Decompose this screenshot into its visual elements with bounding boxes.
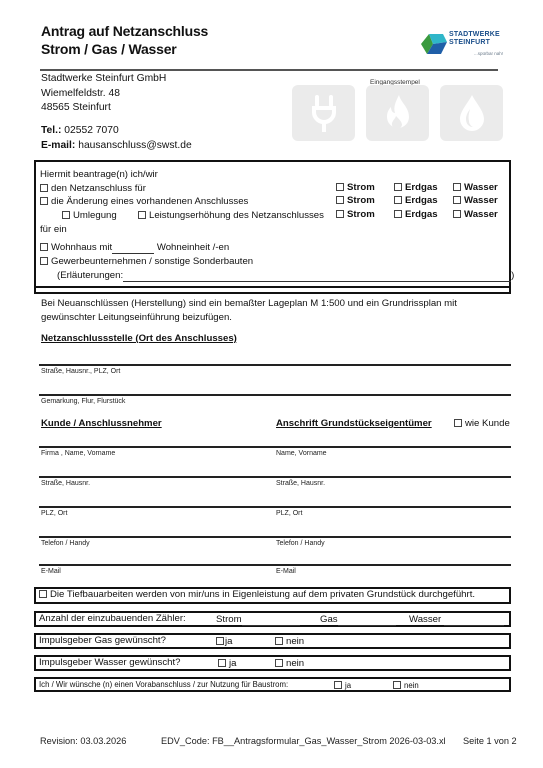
construction-power-row: Ich / Wir wünsche (n) einen Vorabanschlu… xyxy=(34,677,511,692)
checkbox[interactable] xyxy=(393,681,401,689)
construction-power-no[interactable]: nein xyxy=(393,680,419,692)
connection-point-heading: Netzanschlussstelle (Ort des Anschlusses… xyxy=(41,333,237,344)
for-label: für ein xyxy=(40,223,67,236)
parcel-input[interactable] xyxy=(39,394,511,396)
impuls-water-yes[interactable]: ja xyxy=(218,658,236,670)
impuls-water-no[interactable]: nein xyxy=(275,658,304,670)
footer-edv-code: EDV_Code: FB__Antragsformular_Gas_Wasser… xyxy=(161,736,446,746)
company-contact: Tel.: 02552 7070 E-mail: hausanschluss@s… xyxy=(41,123,192,153)
customer-heading: Kunde / Anschlussnehmer xyxy=(41,418,162,429)
meters-label: Anzahl der einzubauenden Zähler: xyxy=(39,613,186,624)
utility-option-strom[interactable]: Strom xyxy=(336,195,375,206)
checkbox[interactable] xyxy=(394,210,402,218)
owner-field-input[interactable] xyxy=(274,564,511,566)
tel-value: 02552 7070 xyxy=(64,125,118,136)
title-line-2: Strom / Gas / Wasser xyxy=(41,40,208,58)
option-capacity-increase[interactable]: Leistungserhöhung des Netzanschlusses xyxy=(138,209,324,222)
construction-power-yes[interactable]: ja xyxy=(334,680,351,692)
footer-page-number: Seite 1 von 2 xyxy=(463,736,517,746)
company-city: 48565 Steinfurt xyxy=(41,101,166,116)
checkbox[interactable] xyxy=(336,196,344,204)
water-drop-icon xyxy=(440,85,503,141)
utility-option-erdgas[interactable]: Erdgas xyxy=(394,182,438,193)
checkbox[interactable] xyxy=(453,210,461,218)
impuls-gas-yes[interactable]: ja xyxy=(216,636,232,648)
checkbox[interactable] xyxy=(138,211,146,219)
logo-cube-icon xyxy=(419,30,449,58)
meters-row: Anzahl der einzubauenden Zähler: Strom G… xyxy=(34,611,511,627)
checkbox[interactable] xyxy=(275,659,283,667)
checkbox[interactable] xyxy=(40,243,48,251)
company-address: Stadtwerke Steinfurt GmbH Wiemelfeldstr.… xyxy=(41,72,166,116)
utility-option-wasser[interactable]: Wasser xyxy=(453,209,498,220)
utility-option-erdgas[interactable]: Erdgas xyxy=(394,209,438,220)
checkbox[interactable] xyxy=(454,419,462,427)
checkbox[interactable] xyxy=(394,196,402,204)
utility-option-wasser[interactable]: Wasser xyxy=(453,195,498,206)
checkbox[interactable] xyxy=(275,637,283,645)
request-intro: Hiermit beantrage(n) ich/wir xyxy=(40,168,158,181)
checkbox[interactable] xyxy=(336,183,344,191)
civil-works-option[interactable]: Die Tiefbauarbeiten werden von mir/uns i… xyxy=(34,587,511,604)
option-residential[interactable]: Wohnhaus mit Wohneinheit /-en xyxy=(40,241,229,254)
checkbox[interactable] xyxy=(40,184,48,192)
checkbox[interactable] xyxy=(394,183,402,191)
customer-field-label: PLZ, Ort xyxy=(41,510,67,517)
parcel-label: Gemarkung, Flur, Flurstück xyxy=(41,398,125,405)
utility-option-strom[interactable]: Strom xyxy=(336,209,375,220)
owner-field-input[interactable] xyxy=(274,446,511,448)
meter-strom-input[interactable] xyxy=(242,616,300,626)
customer-field-input[interactable] xyxy=(39,564,271,566)
checkbox[interactable] xyxy=(216,637,224,645)
title-line-1: Antrag auf Netzanschluss xyxy=(41,22,208,40)
owner-field-input[interactable] xyxy=(274,506,511,508)
checkbox[interactable] xyxy=(334,681,342,689)
company-street: Wiemelfeldstr. 48 xyxy=(41,87,166,102)
footer-revision: Revision: 03.03.2026 xyxy=(40,736,126,746)
owner-field-label: Straße, Hausnr. xyxy=(276,480,325,487)
option-relocation[interactable]: Umlegung xyxy=(62,209,117,222)
email-label: E-mail: xyxy=(41,140,75,151)
field-line-joint xyxy=(271,476,274,478)
owner-field-label: E-Mail xyxy=(276,568,296,575)
owner-field-label: Name, Vorname xyxy=(276,450,327,457)
customer-field-label: E-Mail xyxy=(41,568,61,575)
same-as-customer-option[interactable]: wie Kunde xyxy=(454,418,510,429)
utility-option-wasser[interactable]: Wasser xyxy=(453,182,498,193)
customer-field-label: Telefon / Handy xyxy=(41,540,90,547)
checkbox[interactable] xyxy=(218,659,226,667)
utility-option-strom[interactable]: Strom xyxy=(336,182,375,193)
logo-line-1: STADTWERKE xyxy=(449,31,500,39)
housing-units-input[interactable] xyxy=(112,244,154,254)
meter-gas-input[interactable] xyxy=(338,616,396,626)
checkbox[interactable] xyxy=(62,211,70,219)
explanation-row: (Erläuterungen:) xyxy=(57,269,514,282)
owner-heading: Anschrift Grundstückseigentümer xyxy=(276,418,432,429)
impuls-gas-no[interactable]: nein xyxy=(275,636,304,648)
request-box-footer xyxy=(34,286,511,294)
email-link[interactable]: hausanschluss@swst.de xyxy=(78,140,191,151)
meter-wasser-input[interactable] xyxy=(444,616,504,626)
customer-field-label: Firma , Name, Vorname xyxy=(41,450,115,457)
owner-field-input[interactable] xyxy=(274,476,511,478)
customer-field-label: Straße, Hausnr. xyxy=(41,480,90,487)
customer-field-input[interactable] xyxy=(39,506,271,508)
plug-icon xyxy=(292,85,355,141)
address-input[interactable] xyxy=(39,364,511,366)
customer-field-input[interactable] xyxy=(39,446,271,448)
attachment-note: Bei Neuanschlüssen (Herstellung) sind ei… xyxy=(41,297,511,325)
checkbox[interactable] xyxy=(40,197,48,205)
checkbox[interactable] xyxy=(453,183,461,191)
request-box: Hiermit beantrage(n) ich/wir den Netzans… xyxy=(34,160,511,288)
owner-field-label: PLZ, Ort xyxy=(276,510,302,517)
field-line-joint xyxy=(271,446,274,448)
impuls-gas-row: Impulsgeber Gas gewünscht? ja nein xyxy=(34,633,511,649)
field-line-joint xyxy=(271,564,274,566)
company-name: Stadtwerke Steinfurt GmbH xyxy=(41,72,166,87)
impuls-water-row: Impulsgeber Wasser gewünscht? ja nein xyxy=(34,655,511,671)
utility-option-erdgas[interactable]: Erdgas xyxy=(394,195,438,206)
logo-tagline: ...spürbar nah! xyxy=(474,51,503,56)
option-new-connection[interactable]: den Netzanschluss für xyxy=(40,182,146,195)
field-line-joint xyxy=(271,506,274,508)
explanation-input[interactable] xyxy=(123,272,511,282)
customer-field-input[interactable] xyxy=(39,476,271,478)
address-label: Straße, Hausnr., PLZ, Ort xyxy=(41,368,120,375)
tel-label: Tel.: xyxy=(41,125,61,136)
option-commercial[interactable]: Gewerbeunternehmen / sonstige Sonderbaut… xyxy=(40,255,253,268)
owner-field-input[interactable] xyxy=(274,536,511,538)
option-change-connection[interactable]: die Änderung eines vorhandenen Anschluss… xyxy=(40,195,248,208)
logo-line-2: STEINFURT xyxy=(449,39,500,47)
flame-icon xyxy=(366,85,429,141)
company-logo: STADTWERKE STEINFURT ...spürbar nah! xyxy=(419,30,519,60)
field-line-joint xyxy=(271,536,274,538)
checkbox[interactable] xyxy=(39,590,47,598)
checkbox[interactable] xyxy=(453,196,461,204)
checkbox[interactable] xyxy=(40,257,48,265)
page-title: Antrag auf Netzanschluss Strom / Gas / W… xyxy=(41,22,208,58)
customer-field-input[interactable] xyxy=(39,536,271,538)
header-divider xyxy=(40,69,498,71)
checkbox[interactable] xyxy=(336,210,344,218)
owner-field-label: Telefon / Handy xyxy=(276,540,325,547)
